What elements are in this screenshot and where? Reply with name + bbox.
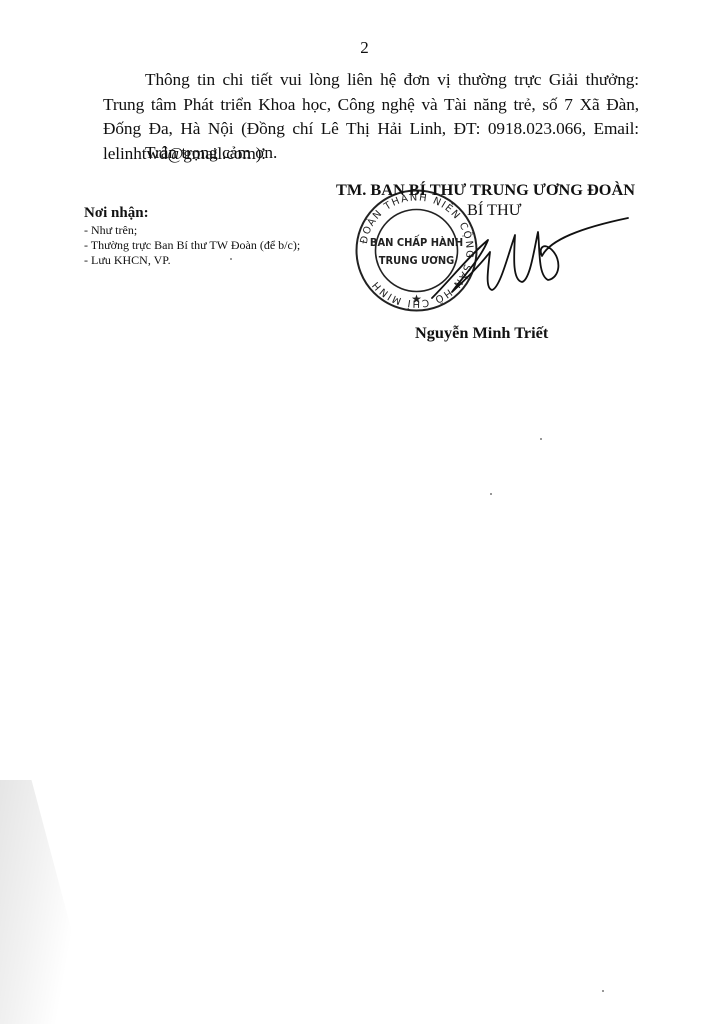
scan-speck: [540, 438, 542, 440]
closing-line: Trân trọng cảm ơn.: [145, 143, 277, 163]
recipient-item: - Lưu KHCN, VP.: [84, 253, 300, 268]
recipient-item: - Thường trực Ban Bí thư TW Đoàn (để b/c…: [84, 238, 300, 253]
recipient-item: - Như trên;: [84, 223, 300, 238]
scan-speck: [490, 493, 492, 495]
handwritten-signature-icon: [430, 210, 630, 310]
signature-organization: TM. BAN BÍ THƯ TRUNG ƯƠNG ĐOÀN: [336, 180, 635, 200]
signer-name: Nguyễn Minh Triết: [415, 323, 548, 343]
scan-shadow: [0, 780, 90, 1024]
recipients-title: Nơi nhận:: [84, 205, 300, 222]
recipients-block: Nơi nhận: - Như trên; - Thường trực Ban …: [84, 205, 300, 268]
page-number: 2: [0, 38, 709, 58]
scan-speck: [602, 990, 604, 992]
scan-speck: [230, 258, 232, 260]
stamp-star-icon: ★: [411, 292, 422, 306]
